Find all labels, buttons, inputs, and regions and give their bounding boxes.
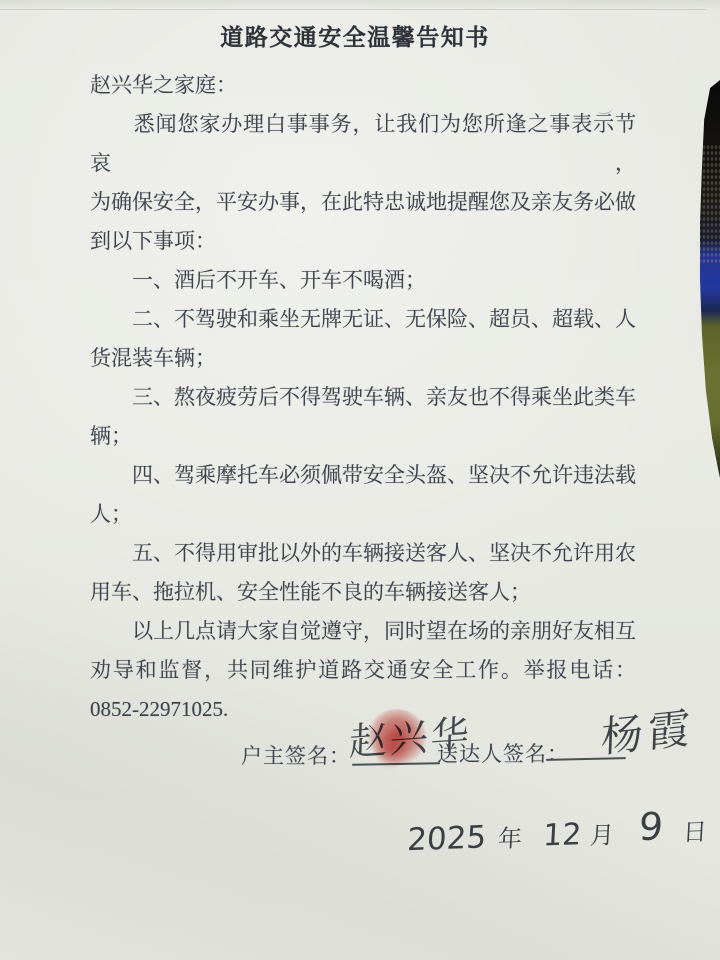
document-title: 道路交通安全温馨告知书 bbox=[0, 19, 710, 52]
householder-signature-label: 户主签名： bbox=[241, 740, 351, 770]
body-line: 人； bbox=[90, 495, 636, 534]
date-day-suffix: 日 bbox=[682, 812, 708, 848]
body-line: 货混装车辆； bbox=[90, 339, 636, 378]
date-month: 12 bbox=[542, 817, 582, 853]
body-line: 四、驾乘摩托车必须佩带安全头盔、坚决不允许违法载 bbox=[90, 456, 636, 495]
body-line: 到以下事项： bbox=[90, 222, 636, 261]
date-day: 9 bbox=[638, 804, 664, 849]
body-line: 辆； bbox=[90, 417, 636, 456]
deliverer-handwritten-signature: 杨霞 bbox=[600, 695, 696, 765]
date-year-suffix: 年 bbox=[497, 818, 523, 854]
body-line: 为确保安全，平安办事，在此特忠诚地提醒您及亲友务必做 bbox=[90, 183, 636, 222]
paper-document: 道路交通安全温馨告知书 赵兴华之家庭： 悉闻您家办理白事事务，让我们为您所逢之事… bbox=[0, 0, 720, 960]
body-line: 悉闻您家办理白事事务，让我们为您所逢之事表示节哀， bbox=[90, 105, 636, 183]
body-line: 劝导和监督，共同维护道路交通安全工作。举报电话： bbox=[90, 651, 636, 690]
body-line: 三、熬夜疲劳后不得驾驶车辆、亲友也不得乘坐此类车 bbox=[90, 378, 636, 417]
date-year: 2025 bbox=[406, 819, 487, 858]
handwritten-date: 2025 年 12 月 9 日 bbox=[406, 803, 707, 858]
body-line: 用车、拖拉机、安全性能不良的车辆接送客人； bbox=[90, 573, 636, 612]
salutation: 赵兴华之家庭： bbox=[90, 66, 636, 105]
body-line: 一、酒后不开车、开车不喝酒； bbox=[90, 261, 636, 300]
body-lines: 悉闻您家办理白事事务，让我们为您所逢之事表示节哀，为确保安全，平安办事，在此特忠… bbox=[90, 105, 636, 729]
document-photo: 道路交通安全温馨告知书 赵兴华之家庭： 悉闻您家办理白事事务，让我们为您所逢之事… bbox=[0, 0, 720, 960]
deliverer-signature-label: 送达人签名： bbox=[437, 738, 569, 768]
date-month-suffix: 月 bbox=[590, 815, 616, 851]
document-body: 赵兴华之家庭： 悉闻您家办理白事事务，让我们为您所逢之事表示节哀，为确保安全，平… bbox=[90, 66, 636, 729]
body-line: 以上几点请大家自觉遵守，同时望在场的亲朋好友相互 bbox=[90, 612, 636, 651]
body-line: 五、不得用审批以外的车辆接送客人、坚决不允许用农 bbox=[90, 534, 636, 573]
body-line: 二、不驾驶和乘坐无牌无证、无保险、超员、超载、人 bbox=[90, 300, 636, 339]
